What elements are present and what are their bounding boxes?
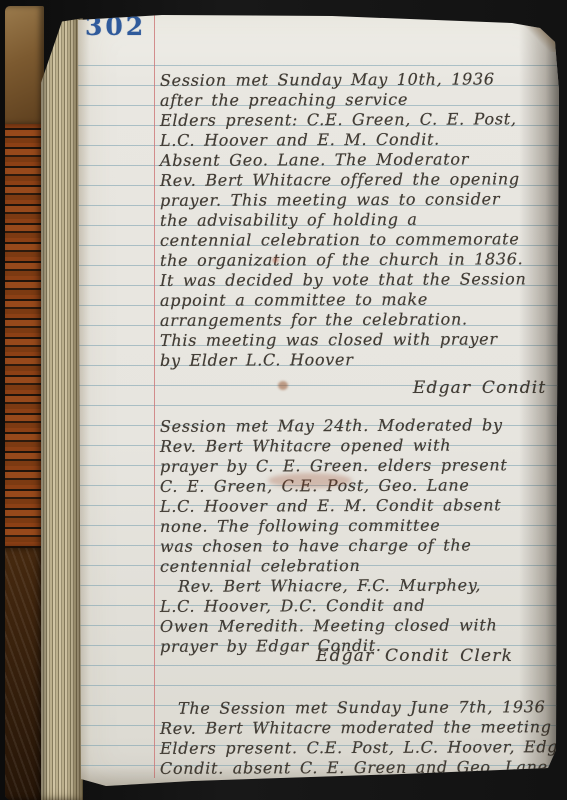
bottom-edge-shadow <box>72 766 567 792</box>
ledger-page: 302 Session met Sunday May 10th, 1936 af… <box>72 0 567 800</box>
handwriting-line: Session met Sunday May 10th, 1936 <box>160 69 560 91</box>
handwriting-line: prayer. This meeting was to consider <box>160 189 560 211</box>
handwriting-line: Rev. Bert Whitacre moderated the meeting <box>160 717 560 739</box>
margin-line <box>154 14 155 778</box>
handwriting-line: none. The following committee <box>160 515 560 537</box>
handwriting-line: Session met May 24th. Moderated by <box>160 415 560 437</box>
handwriting-line: The Session met Sunday June 7th, 1936 <box>160 697 560 719</box>
handwriting-line: the advisability of holding a <box>160 209 560 231</box>
session-entry-may-10: Session met Sunday May 10th, 1936 after … <box>160 70 560 370</box>
page-edges-stack <box>41 12 83 800</box>
ledger-photo: 302 Session met Sunday May 10th, 1936 af… <box>0 0 567 800</box>
handwriting-line: centennial celebration to commemorate <box>160 229 560 251</box>
handwriting-line: L.C. Hoover, D.C. Condit and <box>160 595 560 617</box>
session-entry-may-24: Session met May 24th. Moderated by Rev. … <box>160 416 560 656</box>
handwriting-line: It was decided by vote that the Session <box>160 269 560 291</box>
clerk-signature: Edgar Condit Clerk <box>316 646 513 666</box>
page-number: 302 <box>85 12 146 41</box>
gutter-shadow-right <box>519 0 567 800</box>
handwriting-line: after the preaching service <box>160 89 560 111</box>
book-spine-striped-leather <box>5 124 44 548</box>
handwriting-line: centennial celebration <box>160 555 560 577</box>
handwriting-line: Absent Geo. Lane. The Moderator <box>160 149 560 171</box>
handwriting-line: Elders present. C.E. Post, L.C. Hoover, … <box>160 737 560 759</box>
handwriting-line: C. E. Green, C.E. Post, Geo. Lane <box>160 475 560 497</box>
handwriting-line: Rev. Bert Whitacre opened with <box>160 435 560 457</box>
handwriting-line: appoint a committee to make <box>160 289 560 311</box>
handwriting-line: Rev. Bert Whitacre offered the opening <box>160 169 560 191</box>
handwriting-line: L.C. Hoover and E. M. Condit. <box>160 129 560 151</box>
handwriting-line: L.C. Hoover and E. M. Condit absent <box>160 495 560 517</box>
handwriting-line: prayer by C. E. Green. elders present <box>160 455 560 477</box>
handwriting-line: arrangements for the celebration. <box>160 309 560 331</box>
handwriting-line: Owen Meredith. Meeting closed with <box>160 615 560 637</box>
handwriting-line: the organization of the church in 1836. <box>160 249 560 271</box>
handwriting-line: Rev. Bert Whiacre, F.C. Murphey, <box>160 575 560 597</box>
book-spine-top-leather <box>5 6 44 124</box>
handwriting-line: Elders present: C.E. Green, C. E. Post, <box>160 109 560 131</box>
ink-stain <box>278 381 288 390</box>
ink-stain <box>272 257 279 263</box>
handwriting-line: was chosen to have charge of the <box>160 535 560 557</box>
clerk-signature: Edgar Condit Clerk <box>160 378 567 398</box>
book-spine-bottom-leather <box>5 548 44 800</box>
page-curl-shadow <box>495 0 567 52</box>
handwriting-line: This meeting was closed with prayer <box>160 329 560 351</box>
book-spine <box>5 6 44 800</box>
handwriting-line: by Elder L.C. Hoover <box>160 349 560 371</box>
ink-stain <box>268 473 352 488</box>
